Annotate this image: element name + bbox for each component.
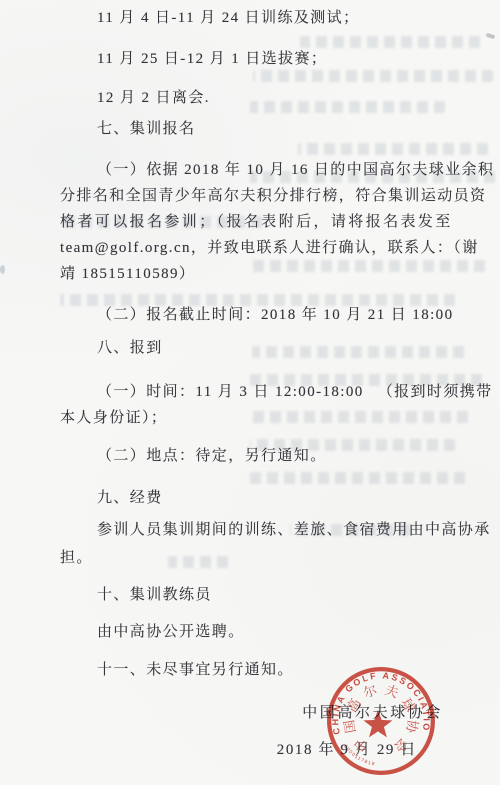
document-line: 格者可以报名参训；（报名表附后，请将报名表发至: [60, 214, 472, 231]
svg-text:协: 协: [403, 719, 421, 736]
document-line: 八、报到: [60, 340, 500, 357]
svg-text:会: 会: [391, 735, 411, 755]
svg-text:国: 国: [341, 719, 358, 735]
official-seal-stamp: CHINA GOLF ASSOCIATION 0900117818 中国高尔夫球…: [320, 660, 442, 782]
document-line: 分排名和全国青少年高尔夫积分排行榜，符合集训运动员资: [60, 188, 472, 205]
seal-star: [363, 710, 392, 738]
document-line: team@golf.org.cn，并致电联系人进行确认，联系人：（谢: [60, 240, 472, 257]
bleedthrough-text: [250, 472, 465, 484]
document-line: 11 月 25 日-12 月 1 日选拔赛；: [60, 51, 500, 68]
scan-speck: [486, 33, 496, 40]
document-line: （一）依据 2018 年 10 月 16 日的中国高尔夫球业余积: [60, 162, 500, 179]
document-line: （二）报名截止时间：2018 年 10 月 21 日 18:00: [60, 307, 500, 324]
document-line: 七、集训报名: [60, 121, 500, 138]
document-line: 九、经费: [60, 490, 500, 507]
seal-chinese-text: 中国高尔夫球协会: [341, 682, 421, 756]
bleedthrough-text: [300, 36, 480, 48]
bleedthrough-text: [298, 143, 488, 155]
document-line: 由中高协公开选聘。: [60, 624, 500, 641]
svg-text:夫: 夫: [383, 682, 401, 701]
document-line: 担。: [60, 550, 472, 567]
scan-speck: [0, 265, 5, 274]
svg-text:尔: 尔: [361, 682, 379, 701]
document-line: 靖 18515110589）: [60, 266, 472, 283]
scanned-document-page: 11 月 4 日-11 月 24 日训练及测试；11 月 25 日-12 月 1…: [0, 0, 500, 785]
document-line: 11 月 4 日-11 月 24 日训练及测试；: [60, 10, 500, 27]
bleedthrough-text: [60, 294, 455, 306]
bleedthrough-text: [253, 70, 493, 82]
document-line: 本人身份证）；: [60, 410, 472, 427]
document-line: （一）时间：11 月 3 日 12:00-18:00 （报到时须携带: [60, 384, 500, 401]
document-line: 参训人员集训期间的训练、差旅、食宿费用由中高协承: [60, 522, 500, 539]
document-line: 12 月 2 日离会.: [60, 90, 500, 107]
document-line: 十、集训教练员: [60, 587, 500, 604]
document-line: （二）地点：待定，另行通知。: [60, 448, 500, 465]
